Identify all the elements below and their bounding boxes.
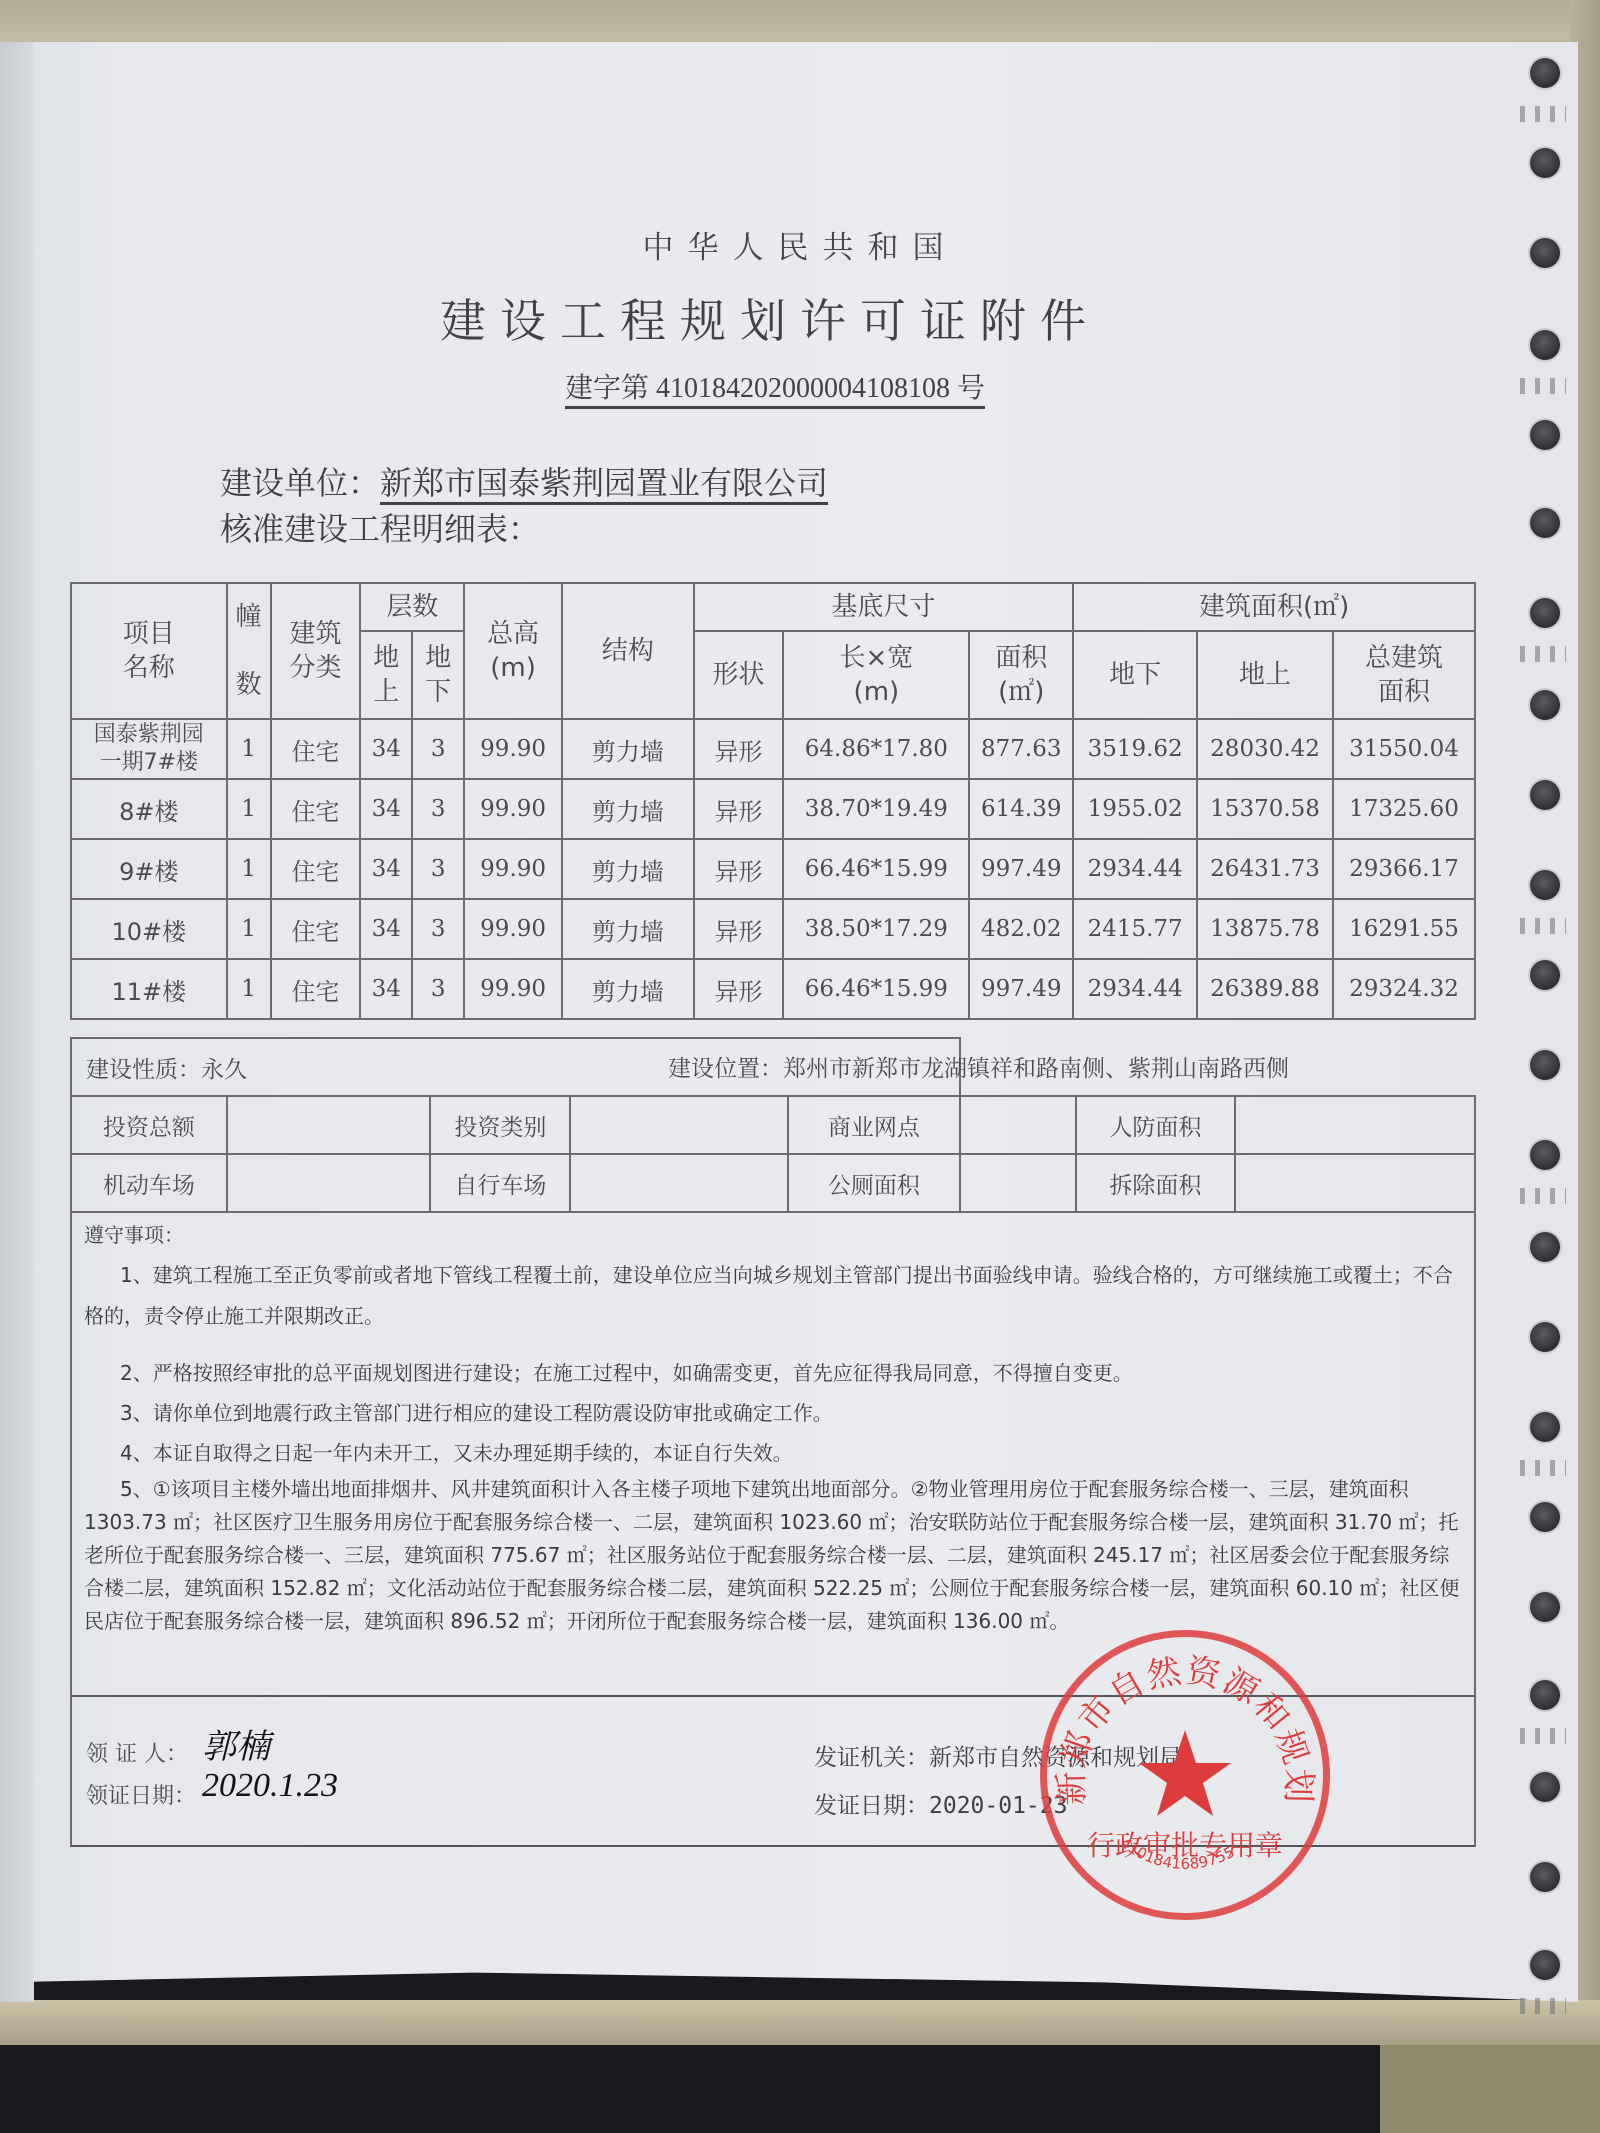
- cell-shape: 异形: [694, 899, 784, 959]
- info-value: [570, 1154, 788, 1212]
- note-item-3: 3、请你单位到地震行政主管部门进行相应的建设工程防震设防审批或确定工作。: [84, 1393, 1462, 1434]
- cell-count: 1: [227, 719, 271, 779]
- cell-structure: 剪力墙: [562, 719, 694, 779]
- perforation-hole: [1530, 148, 1560, 178]
- cell-area-above: 26431.73: [1197, 839, 1333, 899]
- recipient-signature: 郭楠: [202, 1719, 270, 1768]
- cell-floors-below: 3: [412, 839, 464, 899]
- receive-date-label: 领证日期：: [86, 1779, 196, 1810]
- seal-graphic: 新郑市自然资源和规划局 行政审批专用章 4101841689755: [1040, 1630, 1330, 1920]
- cell-floors-above: 34: [360, 959, 412, 1019]
- cell-structure: 剪力墙: [562, 779, 694, 839]
- cell-structure: 剪力墙: [562, 899, 694, 959]
- info-value: [570, 1096, 788, 1154]
- cell-floors-above: 34: [360, 899, 412, 959]
- cell-floors-above: 34: [360, 839, 412, 899]
- info-label: 人防面积: [1076, 1096, 1236, 1154]
- cell-area-below: 2934.44: [1073, 959, 1197, 1019]
- header-base-size: 基底尺寸: [694, 583, 1074, 631]
- cell-area-above: 15370.58: [1197, 779, 1333, 839]
- info-value: [960, 1096, 1076, 1154]
- detail-table-title: 核准建设工程明细表：: [220, 504, 540, 550]
- perforation-slits: [1520, 106, 1566, 122]
- cell-count: 1: [227, 959, 271, 1019]
- header-base-area: 面积(㎡): [969, 631, 1073, 719]
- cell-count: 1: [227, 839, 271, 899]
- cell-base-area: 997.49: [969, 839, 1073, 899]
- perforation-hole: [1530, 1772, 1560, 1802]
- cell-length-width: 38.70*19.49: [783, 779, 969, 839]
- header-floors-above: 地上: [360, 631, 412, 719]
- cell-shape: 异形: [694, 839, 784, 899]
- cell-base-area: 482.02: [969, 899, 1073, 959]
- note-item-1: 1、建筑工程施工至正负零前或者地下管线工程覆土前，建设单位应当向城乡规划主管部门…: [84, 1255, 1462, 1337]
- info-label: 拆除面积: [1076, 1154, 1236, 1212]
- cell-shape: 异形: [694, 959, 784, 1019]
- info-label: 自行车场: [430, 1154, 570, 1212]
- cell-category: 住宅: [271, 959, 361, 1019]
- cell-name: 10#楼: [71, 899, 227, 959]
- cell-count: 1: [227, 779, 271, 839]
- cell-shape: 异形: [694, 719, 784, 779]
- perforation-hole: [1530, 690, 1560, 720]
- cell-area-total: 16291.55: [1333, 899, 1475, 959]
- cell-area-above: 26389.88: [1197, 959, 1333, 1019]
- perforation-hole: [1530, 508, 1560, 538]
- note-item-4: 4、本证自取得之日起一年内未开工，又未办理延期手续的，本证自行失效。: [84, 1433, 1462, 1474]
- info-value: [960, 1154, 1076, 1212]
- header-floor-area: 建筑面积(㎡): [1073, 583, 1475, 631]
- cell-length-width: 66.46*15.99: [783, 839, 969, 899]
- cell-structure: 剪力墙: [562, 839, 694, 899]
- cell-length-width: 66.46*15.99: [783, 959, 969, 1019]
- cell-floors-below: 3: [412, 959, 464, 1019]
- official-seal: 新郑市自然资源和规划局 行政审批专用章 4101841689755: [1040, 1630, 1330, 1920]
- cell-name: 9#楼: [71, 839, 227, 899]
- cell-area-below: 2415.77: [1073, 899, 1197, 959]
- cell-category: 住宅: [271, 719, 361, 779]
- header-length-width: 长×宽(m): [783, 631, 969, 719]
- perforation-hole: [1530, 870, 1560, 900]
- table-row: 国泰紫荆园一期7#楼1住宅34399.90剪力墙异形64.86*17.80877…: [71, 719, 1475, 779]
- receive-date: 2020.1.23: [202, 1767, 338, 1805]
- notes-section: 遵守事项： 1、建筑工程施工至正负零前或者地下管线工程覆土前，建设单位应当向城乡…: [70, 1205, 1476, 1697]
- recipient-label: 领 证 人：: [86, 1737, 188, 1768]
- table-row: 9#楼1住宅34399.90剪力墙异形66.46*15.99997.492934…: [71, 839, 1475, 899]
- cell-category: 住宅: [271, 839, 361, 899]
- info-label: 机动车场: [71, 1154, 227, 1212]
- perforation-hole: [1530, 1232, 1560, 1262]
- builder-label: 建设单位：: [220, 464, 380, 502]
- header-floors-below: 地下: [412, 631, 464, 719]
- perforation-hole: [1530, 1050, 1560, 1080]
- issuer-label: 发证机关：: [814, 1745, 929, 1771]
- cell-base-area: 997.49: [969, 959, 1073, 1019]
- cell-name: 8#楼: [71, 779, 227, 839]
- perforation-slits: [1520, 918, 1566, 934]
- cell-count: 1: [227, 899, 271, 959]
- cell-length-width: 64.86*17.80: [783, 719, 969, 779]
- cell-category: 住宅: [271, 899, 361, 959]
- perforation-hole: [1530, 598, 1560, 628]
- header-building-count: 幢数: [227, 583, 271, 719]
- document-title: 建设工程规划许可证附件: [0, 285, 1540, 351]
- cell-area-total: 17325.60: [1333, 779, 1475, 839]
- perforation-hole: [1530, 960, 1560, 990]
- perforation-slits: [1520, 646, 1566, 662]
- info-value: [227, 1154, 431, 1212]
- perforation-hole: [1530, 1862, 1560, 1892]
- header-project-name: 项目名称: [71, 583, 227, 719]
- cell-area-below: 1955.02: [1073, 779, 1197, 839]
- cell-area-below: 2934.44: [1073, 839, 1197, 899]
- project-detail-table: 项目名称 幢数 建筑分类 层数 总高(m) 结构 基底尺寸 建筑面积(㎡) 地上…: [70, 582, 1476, 1020]
- construction-location: 建设位置：郑州市新郑市龙湖镇祥和路南侧、紫荆山南路西侧: [668, 1050, 1289, 1083]
- table-row: 11#楼1住宅34399.90剪力墙异形66.46*15.99997.49293…: [71, 959, 1475, 1019]
- perforation-hole: [1530, 1680, 1560, 1710]
- cell-floors-below: 3: [412, 779, 464, 839]
- info-label: 公厕面积: [788, 1154, 960, 1212]
- issue-date-line: 发证日期：2020-01-23: [814, 1787, 1067, 1820]
- issue-date-label: 发证日期：: [814, 1793, 929, 1819]
- cell-area-above: 13875.78: [1197, 899, 1333, 959]
- cell-name: 国泰紫荆园一期7#楼: [71, 719, 227, 779]
- perforation-slits: [1520, 1460, 1566, 1476]
- header-building-category: 建筑分类: [271, 583, 361, 719]
- note-item-5: 5、①该项目主楼外墙出地面排烟井、风井建筑面积计入各主楼子项地下建筑出地面部分。…: [84, 1473, 1462, 1638]
- perforation-hole: [1530, 1502, 1560, 1532]
- header-shape: 形状: [694, 631, 784, 719]
- cell-area-below: 3519.62: [1073, 719, 1197, 779]
- note-item-2: 2、严格按照经审批的总平面规划图进行建设；在施工过程中，如确需变更，首先应征得我…: [84, 1353, 1462, 1394]
- header-area-below: 地下: [1073, 631, 1197, 719]
- info-value: [1235, 1096, 1475, 1154]
- perforation-hole: [1530, 420, 1560, 450]
- perforation-hole: [1530, 1412, 1560, 1442]
- perforation-slits: [1520, 1998, 1566, 2014]
- header-total-height: 总高(m): [464, 583, 562, 719]
- header-floors: 层数: [360, 583, 464, 631]
- cell-base-area: 877.63: [969, 719, 1073, 779]
- cell-height: 99.90: [464, 839, 562, 899]
- cell-height: 99.90: [464, 959, 562, 1019]
- perforation-slits: [1520, 1728, 1566, 1744]
- perforation-hole: [1530, 1950, 1560, 1980]
- cell-name: 11#楼: [71, 959, 227, 1019]
- background-surface-corner: [1380, 2045, 1600, 2133]
- header-structure: 结构: [562, 583, 694, 719]
- cell-height: 99.90: [464, 899, 562, 959]
- table-row: 10#楼1住宅34399.90剪力墙异形38.50*17.29482.02241…: [71, 899, 1475, 959]
- builder-line: 建设单位：新郑市国泰紫荆园置业有限公司: [220, 458, 828, 504]
- perforation-hole: [1530, 1592, 1560, 1622]
- cell-area-above: 28030.42: [1197, 719, 1333, 779]
- info-value: [227, 1096, 431, 1154]
- cell-area-total: 29324.32: [1333, 959, 1475, 1019]
- cell-floors-below: 3: [412, 719, 464, 779]
- seal-star-icon: [1139, 1730, 1231, 1816]
- info-value: [1235, 1154, 1475, 1212]
- perforation-slits: [1520, 1188, 1566, 1204]
- permit-number-text: 建字第 410184202000004108108 号: [565, 373, 985, 409]
- cell-height: 99.90: [464, 719, 562, 779]
- cell-area-total: 29366.17: [1333, 839, 1475, 899]
- cell-floors-below: 3: [412, 899, 464, 959]
- background-surface-bottom: [0, 2000, 1600, 2045]
- cell-floors-above: 34: [360, 779, 412, 839]
- perforation-hole: [1530, 1140, 1560, 1170]
- info-label: 投资类别: [430, 1096, 570, 1154]
- cell-area-total: 31550.04: [1333, 719, 1475, 779]
- table-row: 8#楼1住宅34399.90剪力墙异形38.70*19.49614.391955…: [71, 779, 1475, 839]
- notes-title: 遵守事项：: [84, 1219, 184, 1248]
- cell-base-area: 614.39: [969, 779, 1073, 839]
- perforation-hole: [1530, 1322, 1560, 1352]
- cell-shape: 异形: [694, 779, 784, 839]
- info-label: 投资总额: [71, 1096, 227, 1154]
- cell-floors-above: 34: [360, 719, 412, 779]
- perforation-hole: [1530, 58, 1560, 88]
- cell-length-width: 38.50*17.29: [783, 899, 969, 959]
- info-label: 商业网点: [788, 1096, 960, 1154]
- builder-name: 新郑市国泰紫荆园置业有限公司: [380, 464, 828, 505]
- cell-category: 住宅: [271, 779, 361, 839]
- perforation-hole: [1530, 780, 1560, 810]
- cell-structure: 剪力墙: [562, 959, 694, 1019]
- header-area-above: 地上: [1197, 631, 1333, 719]
- country-header: 中华人民共和国: [0, 222, 1600, 267]
- permit-number: 建字第 410184202000004108108 号: [0, 366, 1550, 406]
- header-area-total: 总建筑面积: [1333, 631, 1475, 719]
- cell-height: 99.90: [464, 779, 562, 839]
